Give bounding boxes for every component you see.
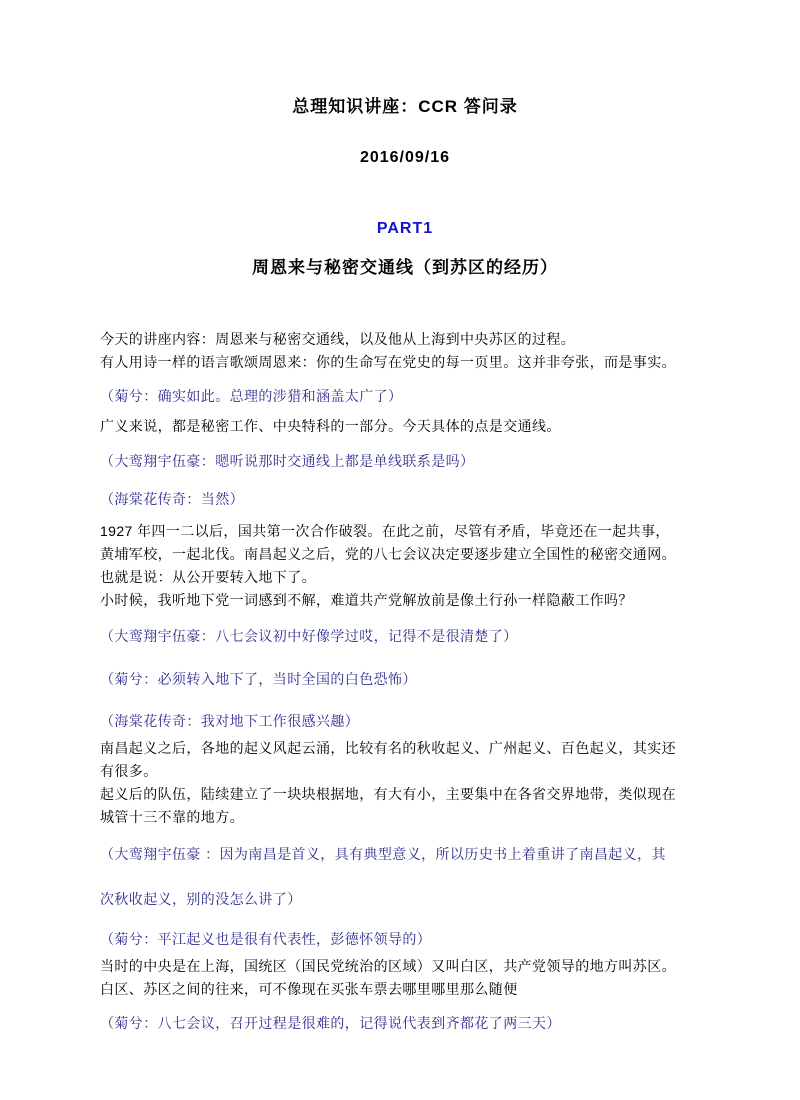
chat-comment: （海棠花传奇：我对地下工作很感兴趣） bbox=[100, 710, 710, 733]
chat-comment: （大鸾翔宇伍豪：八七会议初中好像学过哎，记得不是很清楚了） bbox=[100, 625, 710, 648]
chat-comment: （菊兮：八七会议，召开过程是很难的，记得说代表到齐都花了两三天） bbox=[100, 1012, 710, 1035]
chat-comment: （大鸾翔宇伍豪 ：因为南昌是首义，具有典型意义，所以历史书上着重讲了南昌起义，其 bbox=[100, 843, 710, 866]
narration-paragraph: 今天的讲座内容：周恩来与秘密交通线，以及他从上海到中央苏区的过程。 有人用诗一样… bbox=[100, 328, 710, 374]
part-label: PART1 bbox=[100, 218, 710, 240]
chat-comment: （海棠花传奇：当然） bbox=[100, 488, 710, 511]
section-title: 周恩来与秘密交通线（到苏区的经历） bbox=[100, 256, 710, 280]
narration-paragraph: 当时的中央是在上海，国统区（国民党统治的区域）又叫白区，共产党领导的地方叫苏区。… bbox=[100, 955, 710, 1001]
document-page: 总理知识讲座：CCR 答问录 2016/09/16 PART1 周恩来与秘密交通… bbox=[0, 0, 800, 1100]
chat-comment: 次秋收起义，别的没怎么讲了） bbox=[100, 888, 710, 911]
document-date: 2016/09/16 bbox=[100, 146, 710, 170]
chat-comment: （菊兮：平江起义也是很有代表性，彭德怀领导的） bbox=[100, 928, 710, 951]
chat-comment: （菊兮：必须转入地下了，当时全国的白色恐怖） bbox=[100, 668, 710, 691]
narration-paragraph: 广义来说，都是秘密工作、中央特科的一部分。今天具体的点是交通线。 bbox=[100, 415, 710, 438]
document-title: 总理知识讲座：CCR 答问录 bbox=[100, 95, 710, 119]
chat-comment: （菊兮：确实如此。总理的涉猎和涵盖太广了） bbox=[100, 385, 710, 408]
narration-paragraph: 1927 年四一二以后，国共第一次合作破裂。在此之前，尽管有矛盾，毕竟还在一起共… bbox=[100, 520, 710, 612]
chat-comment: （大鸾翔宇伍豪：嗯听说那时交通线上都是单线联系是吗） bbox=[100, 450, 710, 473]
narration-paragraph: 南昌起义之后，各地的起义风起云涌，比较有名的秋收起义、广州起义、百色起义，其实还… bbox=[100, 737, 710, 829]
